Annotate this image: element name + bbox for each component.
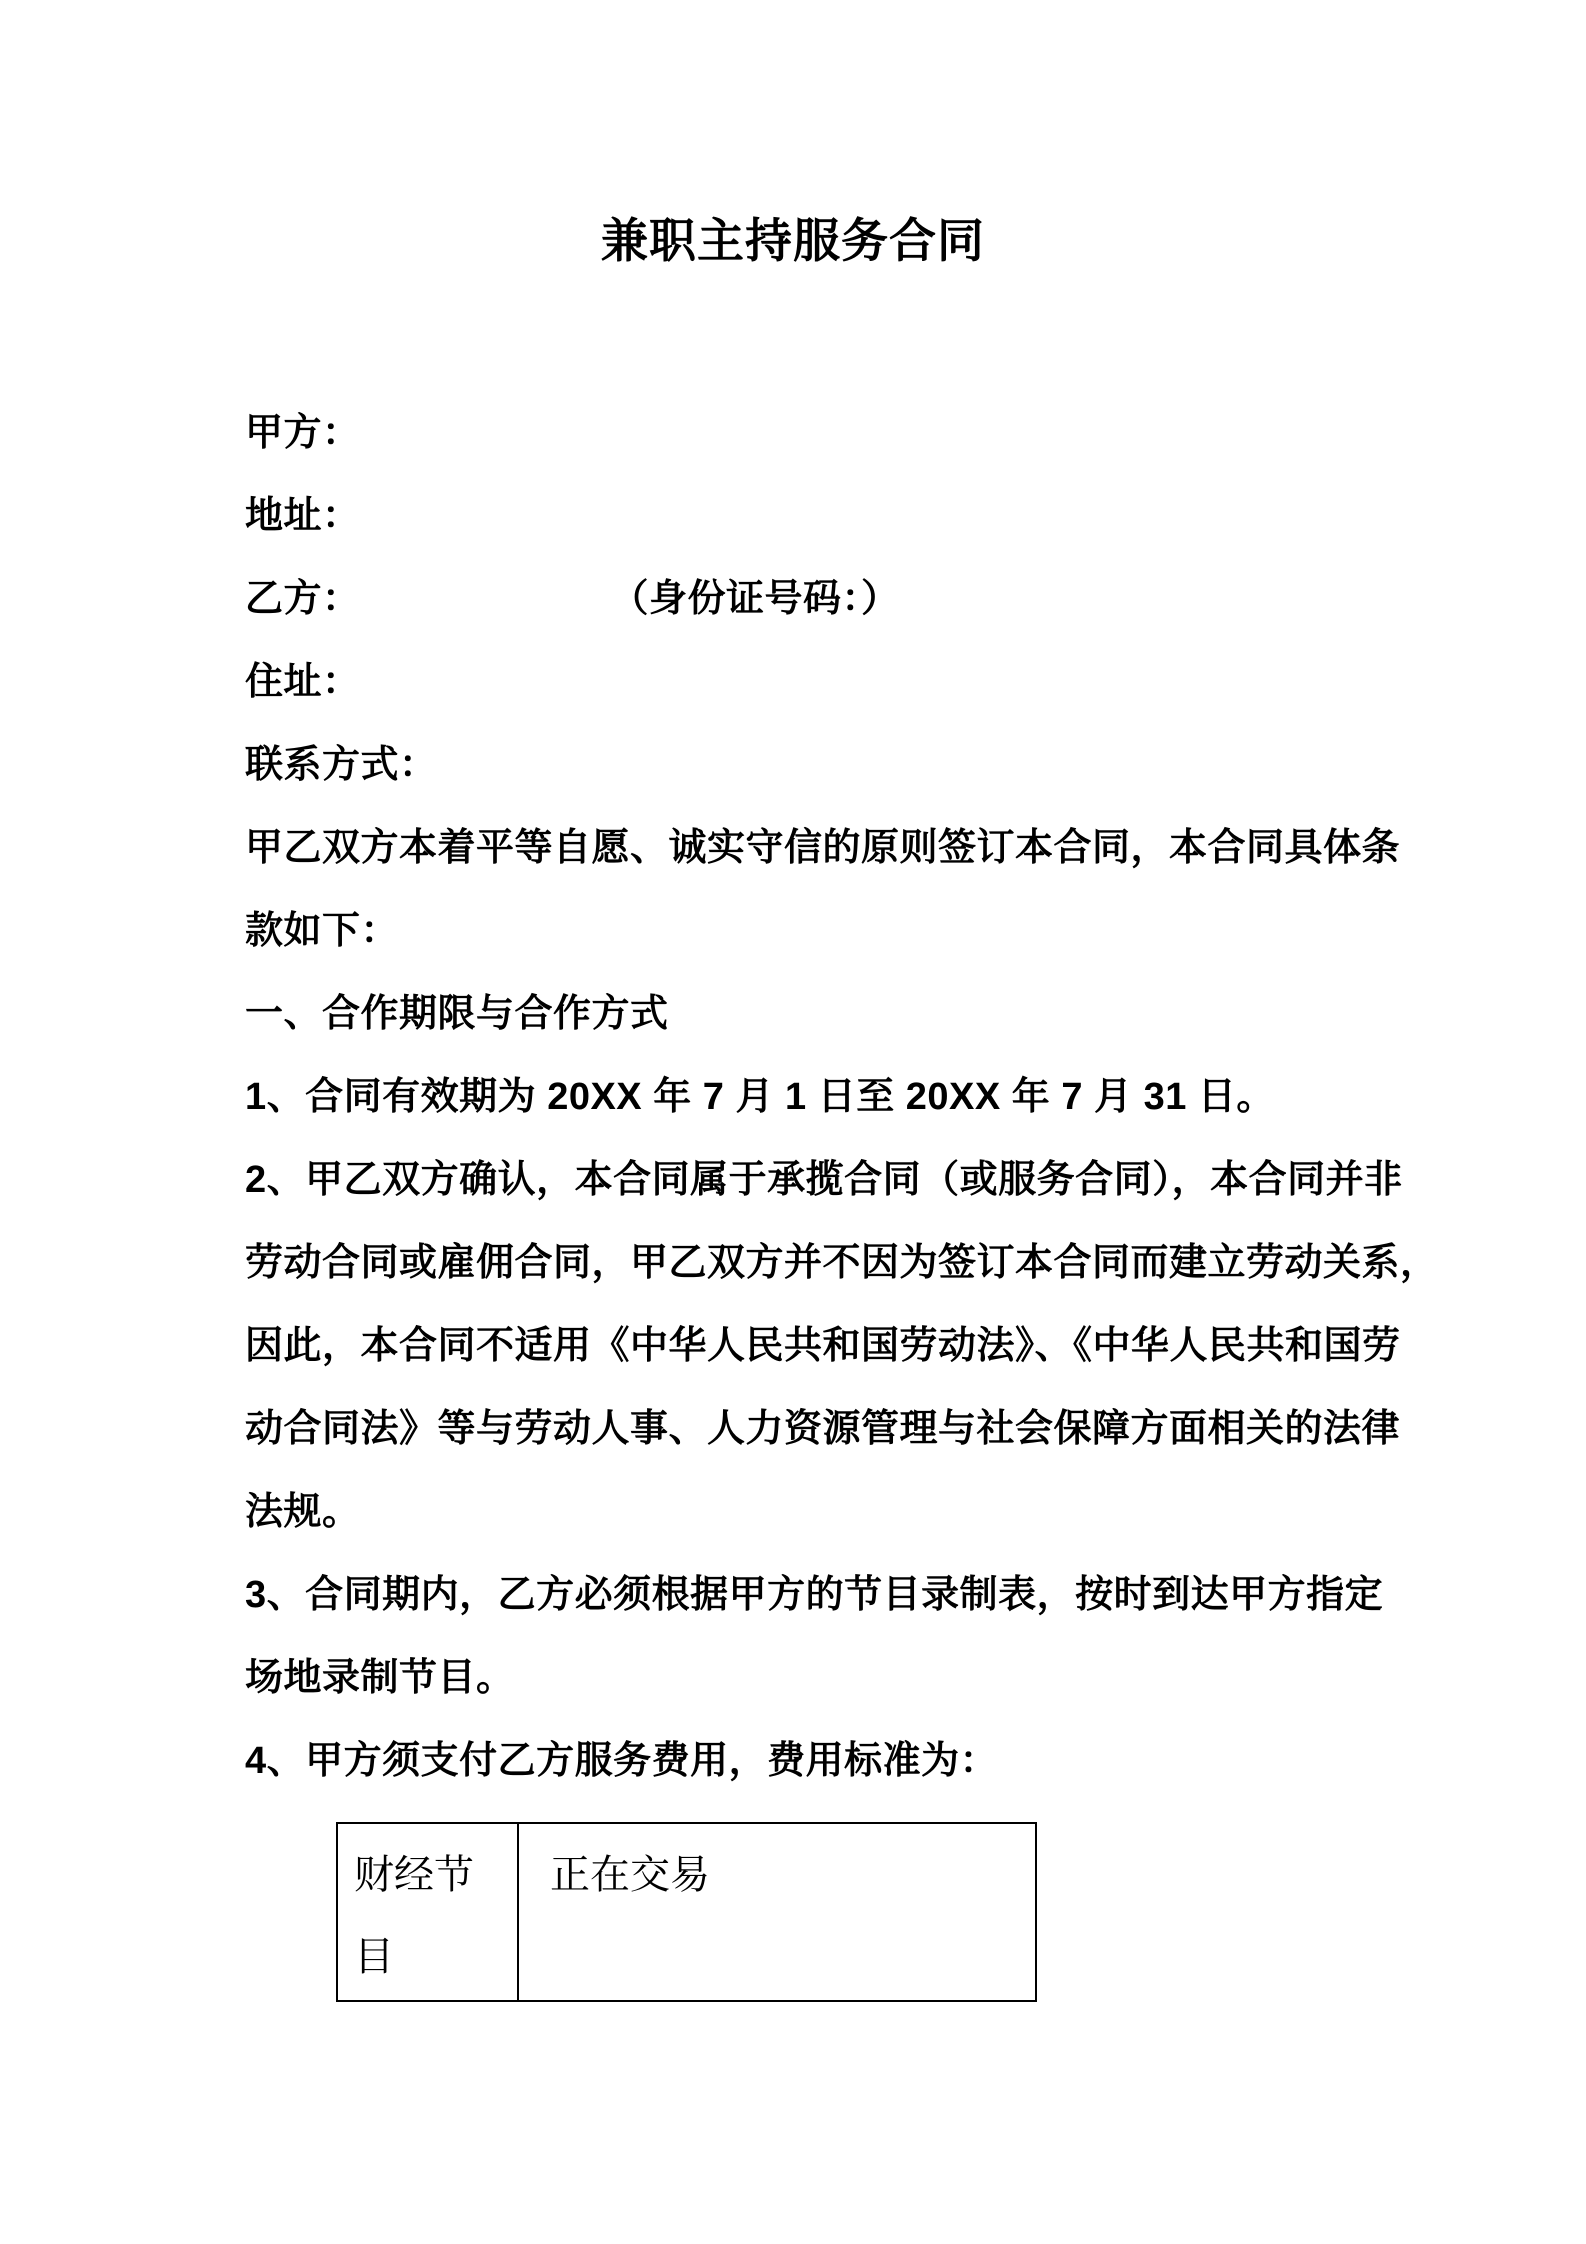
party-a-label-line: 甲方：: [245, 387, 1466, 470]
party-b-label: 乙方：: [245, 567, 361, 622]
clause-1-line: 1、合同有效期为 20XX 年 7 月 1 日至 20XX 年 7 月 31 日…: [245, 1051, 1466, 1134]
id-number-label: （身份证号码：）: [611, 567, 900, 622]
clause-2-line-5: 法规。: [245, 1466, 1466, 1549]
document-body: 甲方： 地址： 乙方： （身份证号码：） 住址： 联系方式： 甲乙双方本着平等自…: [245, 387, 1466, 1798]
program-name-text: 正在交易: [550, 1834, 1029, 1916]
clause-2-line-3: 因此，本合同不适用《中华人民共和国劳动法》、《中华人民共和国劳: [245, 1300, 1466, 1383]
preamble-line-2: 款如下：: [245, 885, 1466, 968]
party-b-line: 乙方： （身份证号码：）: [245, 553, 1466, 636]
clause-2-line-2: 劳动合同或雇佣合同，甲乙双方并不因为签订本合同而建立劳动关系，: [245, 1217, 1466, 1300]
address-label-line: 地址：: [245, 470, 1466, 553]
residence-label-line: 住址：: [245, 636, 1466, 719]
clause-3-line-1: 3、合同期内，乙方必须根据甲方的节目录制表，按时到达甲方指定: [245, 1549, 1466, 1632]
document-title: 兼职主持服务合同: [0, 210, 1586, 272]
clause-2-line-4: 动合同法》等与劳动人事、人力资源管理与社会保障方面相关的法律: [245, 1383, 1466, 1466]
clause-3-line-2: 场地录制节目。: [245, 1632, 1466, 1715]
contact-label-line: 联系方式：: [245, 719, 1466, 802]
fee-table-cell-program-name: 正在交易: [519, 1824, 1035, 2000]
section-1-heading: 一、合作期限与合作方式: [245, 968, 1466, 1051]
program-type-text-line-1: 财经节: [354, 1834, 511, 1916]
preamble-line-1: 甲乙双方本着平等自愿、诚实守信的原则签订本合同，本合同具体条: [245, 802, 1466, 885]
program-type-text-line-2: 目: [354, 1916, 511, 1998]
clause-4-line: 4、甲方须支付乙方服务费用，费用标准为：: [245, 1715, 1466, 1798]
fee-table-cell-program-type: 财经节 目: [338, 1824, 519, 2000]
contract-document-page: 兼职主持服务合同 甲方： 地址： 乙方： （身份证号码：） 住址： 联系方式： …: [0, 0, 1586, 2244]
fee-table: 财经节 目 正在交易: [336, 1822, 1037, 2002]
clause-2-line-1: 2、甲乙双方确认，本合同属于承揽合同（或服务合同），本合同并非: [245, 1134, 1466, 1217]
